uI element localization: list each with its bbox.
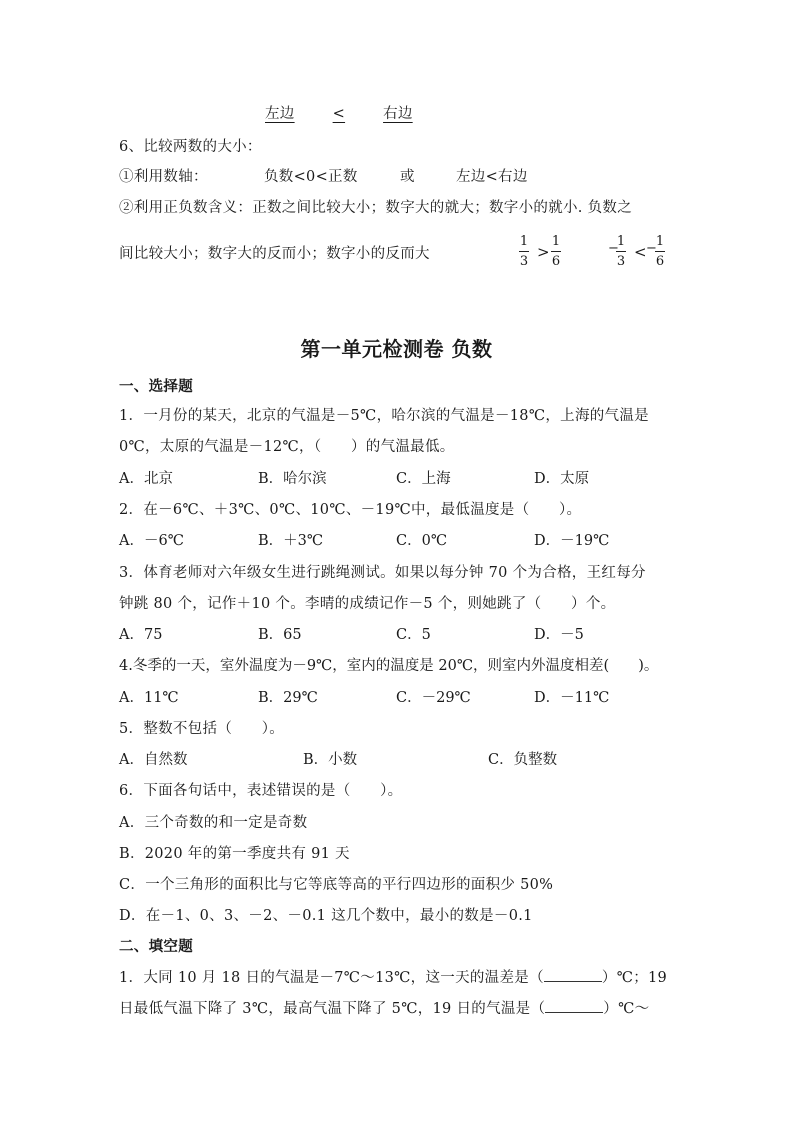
fraction-bar: [616, 251, 626, 252]
q6-option-b: B．2020 年的第一季度共有 91 天: [119, 842, 350, 863]
less-than-sign: <: [333, 106, 345, 122]
method1-expr: 负数<0<正数: [264, 165, 358, 186]
q6-option-d: D．在－1、0、3、－2、－0.1 这几个数中，最小的数是－0.1: [119, 904, 533, 925]
q3-option-d: D．－5: [534, 623, 584, 644]
q3-line2: 钟跳 80 个，记作＋10 个。李晴的成绩记作－5 个，则她跳了（ ）个。: [119, 592, 615, 613]
method1-label: ①利用数轴：: [119, 169, 208, 185]
numerator: 1: [617, 233, 625, 250]
q2-option-a: A．－6℃: [119, 529, 184, 550]
q6-line1: 6．下面各句话中，表述错误的是（ ）。: [119, 779, 402, 800]
fill1-text-c: 日最低气温下降了 3℃，最高气温下降了 5℃，19 日的气温是（: [119, 1001, 545, 1017]
q3-option-a: A．75: [119, 623, 162, 644]
fill1-text-a: 1．大同 10 月 18 日的气温是－7℃～13℃，这一天的温差是（: [119, 970, 544, 986]
section-choice-heading: 一、选择题: [119, 375, 193, 396]
q4-option-a: A．11℃: [119, 686, 179, 707]
denominator: 3: [520, 253, 528, 270]
less-than-sign: <: [634, 243, 647, 261]
q5-option-b: B．小数: [303, 748, 357, 769]
method2-line2: 间比较大小；数字大的反而小；数字小的反而大: [119, 242, 430, 263]
method1-or: 或: [400, 165, 415, 186]
q2-line1: 2．在－6℃、＋3℃、0℃、10℃、－19℃中，最低温度是（ ）。: [119, 498, 581, 519]
numerator: 1: [552, 233, 560, 250]
answer-blank-2[interactable]: [545, 998, 603, 1013]
q4-option-d: D．－11℃: [534, 686, 609, 707]
q1-option-a: A．北京: [119, 467, 173, 488]
numerator: 1: [656, 233, 664, 250]
q1-line1: 1．一月份的某天，北京的气温是－5℃，哈尔滨的气温是－18℃，上海的气温是: [119, 404, 649, 425]
q1-option-d: D．太原: [534, 467, 589, 488]
point6-title: 6、比较两数的大小：: [119, 135, 262, 156]
left-right-comparison: 左边<右边: [265, 102, 413, 123]
exam-title: 第一单元检测卷 负数: [0, 333, 793, 362]
fraction-2-right: 1 6: [655, 233, 665, 270]
q6-option-a: A．三个奇数的和一定是奇数: [119, 811, 307, 832]
q3-line1: 3．体育老师对六年级女生进行跳绳测试。如果以每分钟 70 个为合格，王红每分: [119, 561, 646, 582]
fill1-line1: 1．大同 10 月 18 日的气温是－7℃～13℃，这一天的温差是（）℃；19: [119, 966, 667, 987]
q6-option-c: C．一个三角形的面积比与它等底等高的平行四边形的面积少 50%: [119, 873, 553, 894]
q1-option-b: B．哈尔滨: [258, 467, 327, 488]
q2-option-d: D．－19℃: [534, 529, 609, 550]
right-label: 右边: [383, 106, 413, 122]
method1-row: ①利用数轴：: [119, 165, 208, 186]
q3-option-b: B．65: [258, 623, 302, 644]
left-label: 左边: [265, 106, 295, 122]
q5-option-c: C．负整数: [488, 748, 557, 769]
answer-blank-1[interactable]: [544, 967, 602, 982]
q3-option-c: C．5: [396, 623, 431, 644]
q4-line1: 4.冬季的一天，室外温度为－9℃，室内的温度是 20℃，则室内外温度相差( )。: [119, 654, 658, 675]
fill1-text-b: ）℃；19: [602, 970, 667, 986]
numerator: 1: [520, 233, 528, 250]
section-fill-heading: 二、填空题: [119, 935, 193, 956]
q4-option-b: B．29℃: [258, 686, 318, 707]
method1-expr2: 左边<右边: [456, 165, 528, 186]
fill1-line2: 日最低气温下降了 3℃，最高气温下降了 5℃，19 日的气温是（）℃～: [119, 997, 649, 1018]
q4-option-c: C．－29℃: [396, 686, 471, 707]
method2-line1: ②利用正负数含义：正数之间比较大小；数字大的就大；数字小的就小. 负数之: [119, 196, 632, 217]
q2-option-b: B．＋3℃: [258, 529, 323, 550]
fraction-1-right: 1 6: [551, 233, 561, 270]
denominator: 6: [552, 253, 560, 270]
fraction-2-left: 1 3: [616, 233, 626, 270]
q1-option-c: C．上海: [396, 467, 451, 488]
q2-option-c: C．0℃: [396, 529, 447, 550]
fraction-bar: [551, 251, 561, 252]
denominator: 3: [617, 253, 625, 270]
fraction-bar: [655, 251, 665, 252]
denominator: 6: [656, 253, 664, 270]
fraction-1-left: 1 3: [519, 233, 529, 270]
q5-option-a: A．自然数: [119, 748, 187, 769]
fill1-text-d: ）℃～: [603, 1001, 649, 1017]
q5-line1: 5．整数不包括（ ）。: [119, 717, 284, 738]
greater-than-sign: >: [537, 243, 550, 261]
q1-line2: 0℃，太原的气温是－12℃，（ ）的气温最低。: [119, 435, 455, 456]
fraction-bar: [519, 251, 529, 252]
